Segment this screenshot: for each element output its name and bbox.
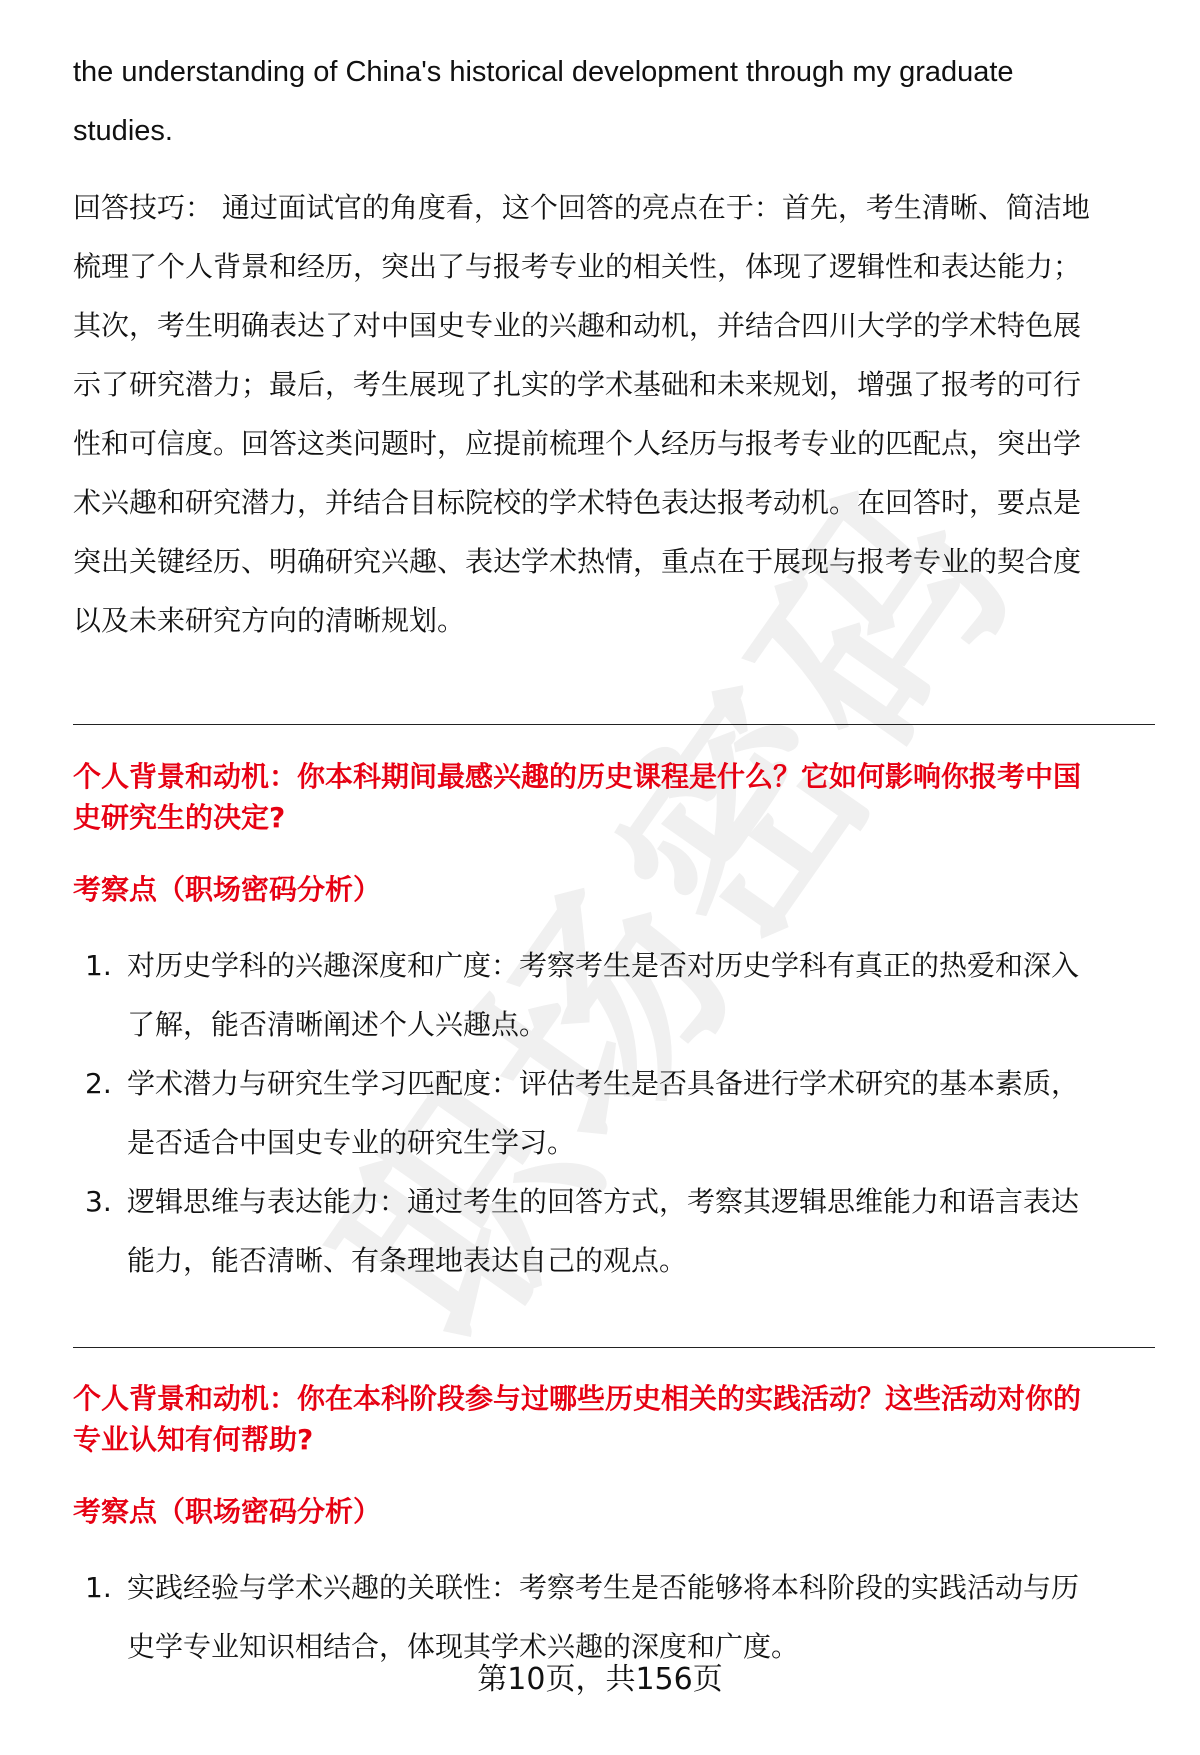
list-line: 是否适合中国史专业的研究生学习。	[127, 1113, 1155, 1172]
intro-continuation-paragraph: the understanding of China's historical …	[73, 43, 1155, 161]
assessment-points-list: 1. 对历史学科的兴趣深度和广度：考察考生是否对历史学科有真正的热爱和深入 了解…	[73, 936, 1155, 1290]
list-number: 2.	[85, 1054, 112, 1113]
answer-tip-paragraph: 回答技巧： 通过面试官的角度看，这个回答的亮点在于：首先，考生清晰、简洁地 梳理…	[73, 178, 1155, 650]
question-heading: 个人背景和动机：你在本科阶段参与过哪些历史相关的实践活动？这些活动对你的 专业认…	[73, 1378, 1155, 1460]
text-line: 性和可信度。回答这类问题时，应提前梳理个人经历与报考专业的匹配点，突出学	[73, 414, 1155, 473]
text-line: 示了研究潜力；最后，考生展现了扎实的学术基础和未来规划，增强了报考的可行	[73, 355, 1155, 414]
list-line: 能力，能否清晰、有条理地表达自己的观点。	[127, 1231, 1155, 1290]
question-line: 个人背景和动机：你在本科阶段参与过哪些历史相关的实践活动？这些活动对你的	[73, 1378, 1155, 1419]
list-number: 3.	[85, 1172, 112, 1231]
text-line: 其次，考生明确表达了对中国史专业的兴趣和动机，并结合四川大学的学术特色展	[73, 296, 1155, 355]
question-line: 专业认知有何帮助?	[73, 1419, 1155, 1460]
text-line: studies.	[73, 102, 1155, 161]
list-number: 1.	[85, 936, 112, 995]
list-line: 对历史学科的兴趣深度和广度：考察考生是否对历史学科有真正的热爱和深入	[127, 936, 1155, 995]
question-line: 史研究生的决定?	[73, 797, 1155, 838]
text-line: 术兴趣和研究潜力，并结合目标院校的学术特色表达报考动机。在回答时，要点是	[73, 473, 1155, 532]
list-line: 学术潜力与研究生学习匹配度：评估考生是否具备进行学术研究的基本素质，	[127, 1054, 1155, 1113]
text-line: 突出关键经历、明确研究兴趣、表达学术热情，重点在于展现与报考专业的契合度	[73, 532, 1155, 591]
assessment-subheading: 考察点（职场密码分析）	[73, 870, 381, 910]
question-heading: 个人背景和动机：你本科期间最感兴趣的历史课程是什么？它如何影响你报考中国 史研究…	[73, 756, 1155, 838]
text-line: the understanding of China's historical …	[73, 43, 1155, 102]
list-item: 2. 学术潜力与研究生学习匹配度：评估考生是否具备进行学术研究的基本素质， 是否…	[73, 1054, 1155, 1172]
list-number: 1.	[85, 1558, 112, 1617]
assessment-subheading: 考察点（职场密码分析）	[73, 1492, 381, 1532]
list-line: 逻辑思维与表达能力：通过考生的回答方式，考察其逻辑思维能力和语言表达	[127, 1172, 1155, 1231]
text-line: 以及未来研究方向的清晰规划。	[73, 591, 1155, 650]
list-item: 1. 对历史学科的兴趣深度和广度：考察考生是否对历史学科有真正的热爱和深入 了解…	[73, 936, 1155, 1054]
text-line: 梳理了个人背景和经历，突出了与报考专业的相关性，体现了逻辑性和表达能力；	[73, 237, 1155, 296]
list-line: 了解，能否清晰阐述个人兴趣点。	[127, 995, 1155, 1054]
question-line: 个人背景和动机：你本科期间最感兴趣的历史课程是什么？它如何影响你报考中国	[73, 756, 1155, 797]
section-divider	[73, 1347, 1155, 1348]
list-line: 实践经验与学术兴趣的关联性：考察考生是否能够将本科阶段的实践活动与历	[127, 1558, 1155, 1617]
text-line: 回答技巧： 通过面试官的角度看，这个回答的亮点在于：首先，考生清晰、简洁地	[73, 178, 1155, 237]
page-indicator: 第10页，共156页	[0, 1655, 1200, 1705]
section-divider	[73, 724, 1155, 725]
list-item: 3. 逻辑思维与表达能力：通过考生的回答方式，考察其逻辑思维能力和语言表达 能力…	[73, 1172, 1155, 1290]
